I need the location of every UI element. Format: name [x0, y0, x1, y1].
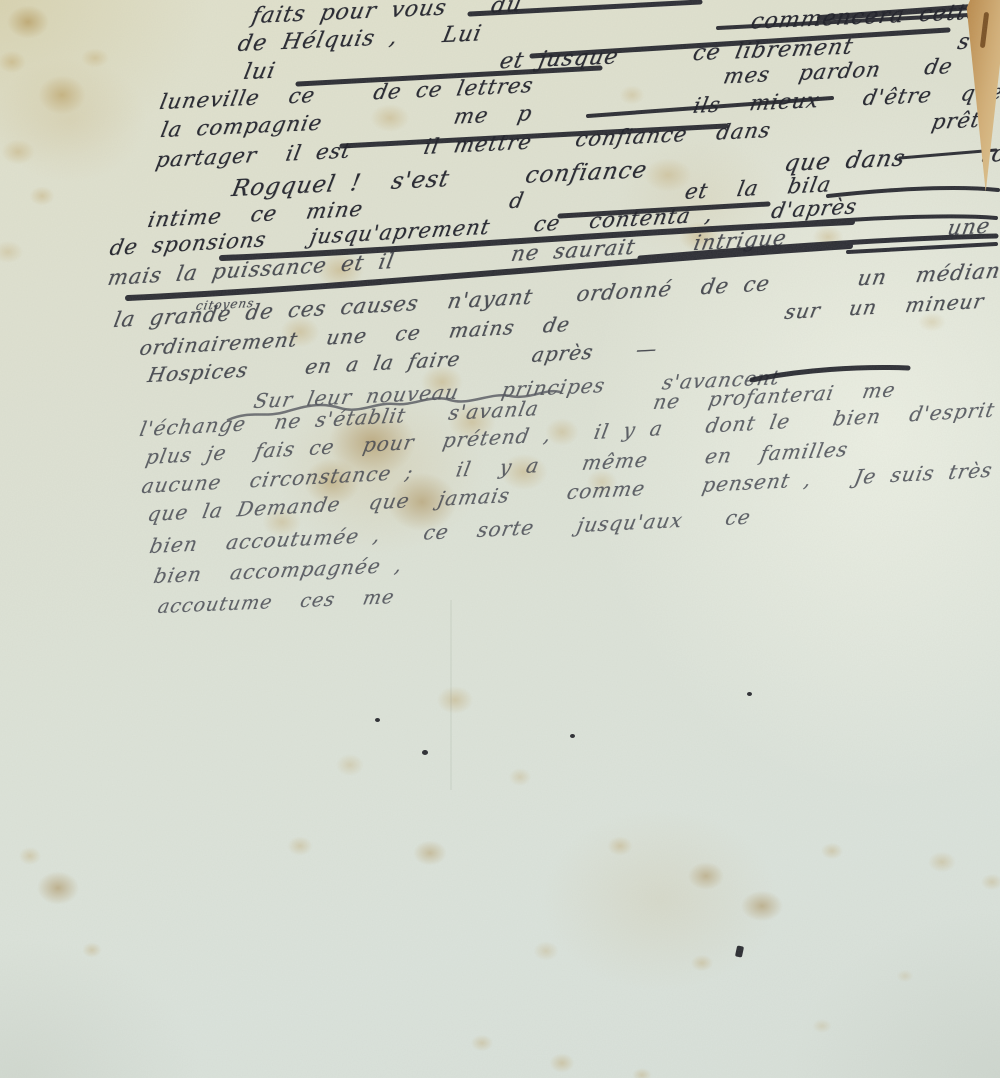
manuscript-page: faits pour vous du de Hélquis , Lui comm…: [0, 0, 1000, 1078]
ink-speck: [570, 734, 575, 738]
strikethrough-mark: [848, 244, 996, 252]
handwriting-line: bien accompagnée ,: [152, 555, 405, 586]
ink-speck: [747, 692, 752, 696]
ink-speck: [375, 718, 380, 722]
ink-speck: [735, 945, 744, 957]
ink-speck: [422, 750, 428, 755]
handwriting-line: accoutume ces me: [156, 588, 396, 617]
paper-crease: [450, 600, 452, 790]
